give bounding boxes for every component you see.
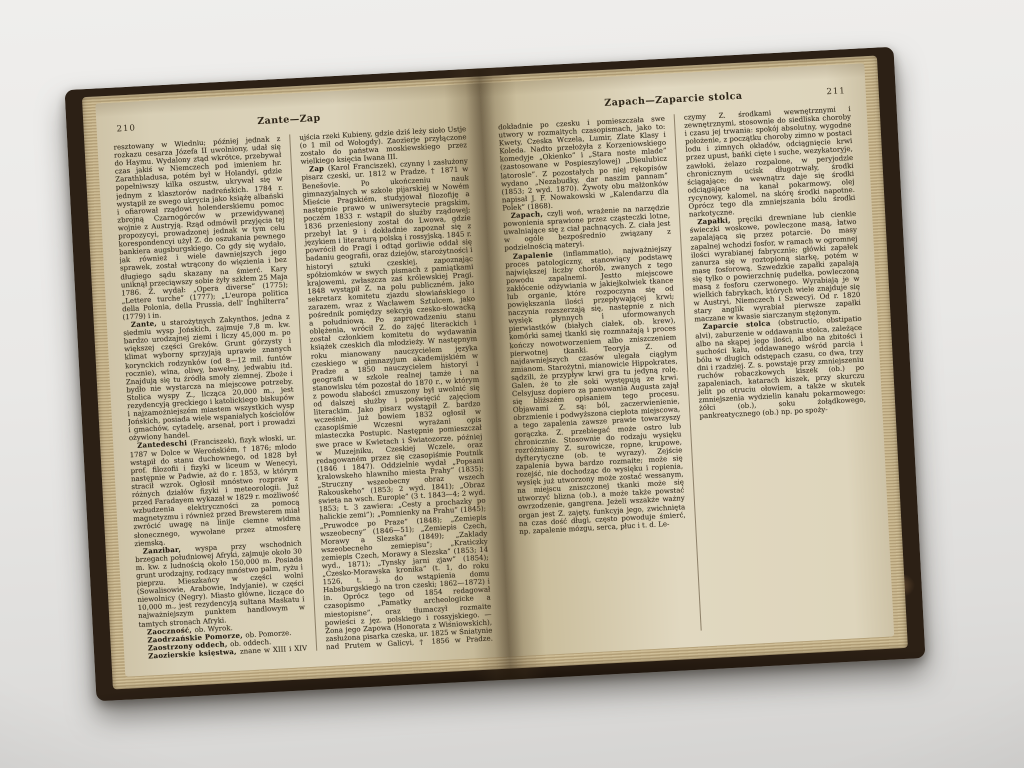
- text-column: ujścia rzeki Kubieny, gdzie dziś leży si…: [289, 125, 493, 651]
- entry-paragraph: Zap (Karol Franciszek), czynny i zasłużo…: [301, 158, 493, 651]
- left-page: 210 Zante—Zap resztowany w Wiedniu; późn…: [95, 83, 510, 676]
- photo-scene: 210 Zante—Zap resztowany w Wiedniu; późn…: [0, 0, 1024, 768]
- entry-paragraph: Zapałki, pręciki drewniane lub cienkie ś…: [689, 210, 861, 324]
- entry-paragraph: Zante, u starożytnych Zakynthos, jedna z…: [123, 313, 296, 443]
- page-spread: 210 Zante—Zap resztowany w Wiedniu; późn…: [95, 63, 894, 677]
- entry-headword: Zanzibar,: [143, 544, 196, 556]
- left-page-columns: resztowany w Wiedniu; później jednak z r…: [113, 125, 493, 660]
- entry-headword: Zantedeschi: [137, 439, 191, 451]
- open-book: 210 Zante—Zap resztowany w Wiedniu; późn…: [65, 47, 926, 702]
- text-column: czymy Z. środkami wewnętrznymi i zewnętr…: [674, 105, 878, 631]
- entry-headword: Zapałki,: [697, 215, 738, 226]
- entry-paragraph: resztowany w Wiedniu; później jednak z r…: [113, 135, 289, 322]
- right-page: Zapach—Zaparcie stolca 211 dokładnie po …: [480, 63, 895, 656]
- entry-headword: Zapalenie: [513, 249, 564, 261]
- entry-paragraph: Zantedeschi (Franciszek), fizyk włoski, …: [129, 434, 301, 548]
- entry-paragraph: dokładnie po czesku i pomieszczała swe u…: [498, 115, 669, 213]
- right-page-number: 211: [826, 86, 846, 97]
- entry-paragraph: Zanzibar, wyspa przy wschodnich brzegach…: [135, 539, 306, 629]
- right-page-columns: dokładnie po czesku i pomieszczała swe u…: [498, 105, 878, 640]
- entry-paragraph: Zapalenie (inflammatio), najważniejszy p…: [505, 244, 687, 536]
- entry-paragraph: Zaparcie stolca (obstructio, obstipatio …: [695, 315, 867, 421]
- entry-paragraph: czymy Z. środkami wewnętrznymi i zewnętr…: [684, 105, 856, 219]
- text-column: dokładnie po czesku i pomieszczała swe u…: [498, 114, 701, 640]
- entry-headword: Zante,: [131, 318, 162, 329]
- text-column: resztowany w Wiedniu; później jednak z r…: [113, 134, 316, 660]
- entry-headword: Zapach,: [510, 209, 547, 220]
- entry-headword: Zap: [309, 164, 328, 174]
